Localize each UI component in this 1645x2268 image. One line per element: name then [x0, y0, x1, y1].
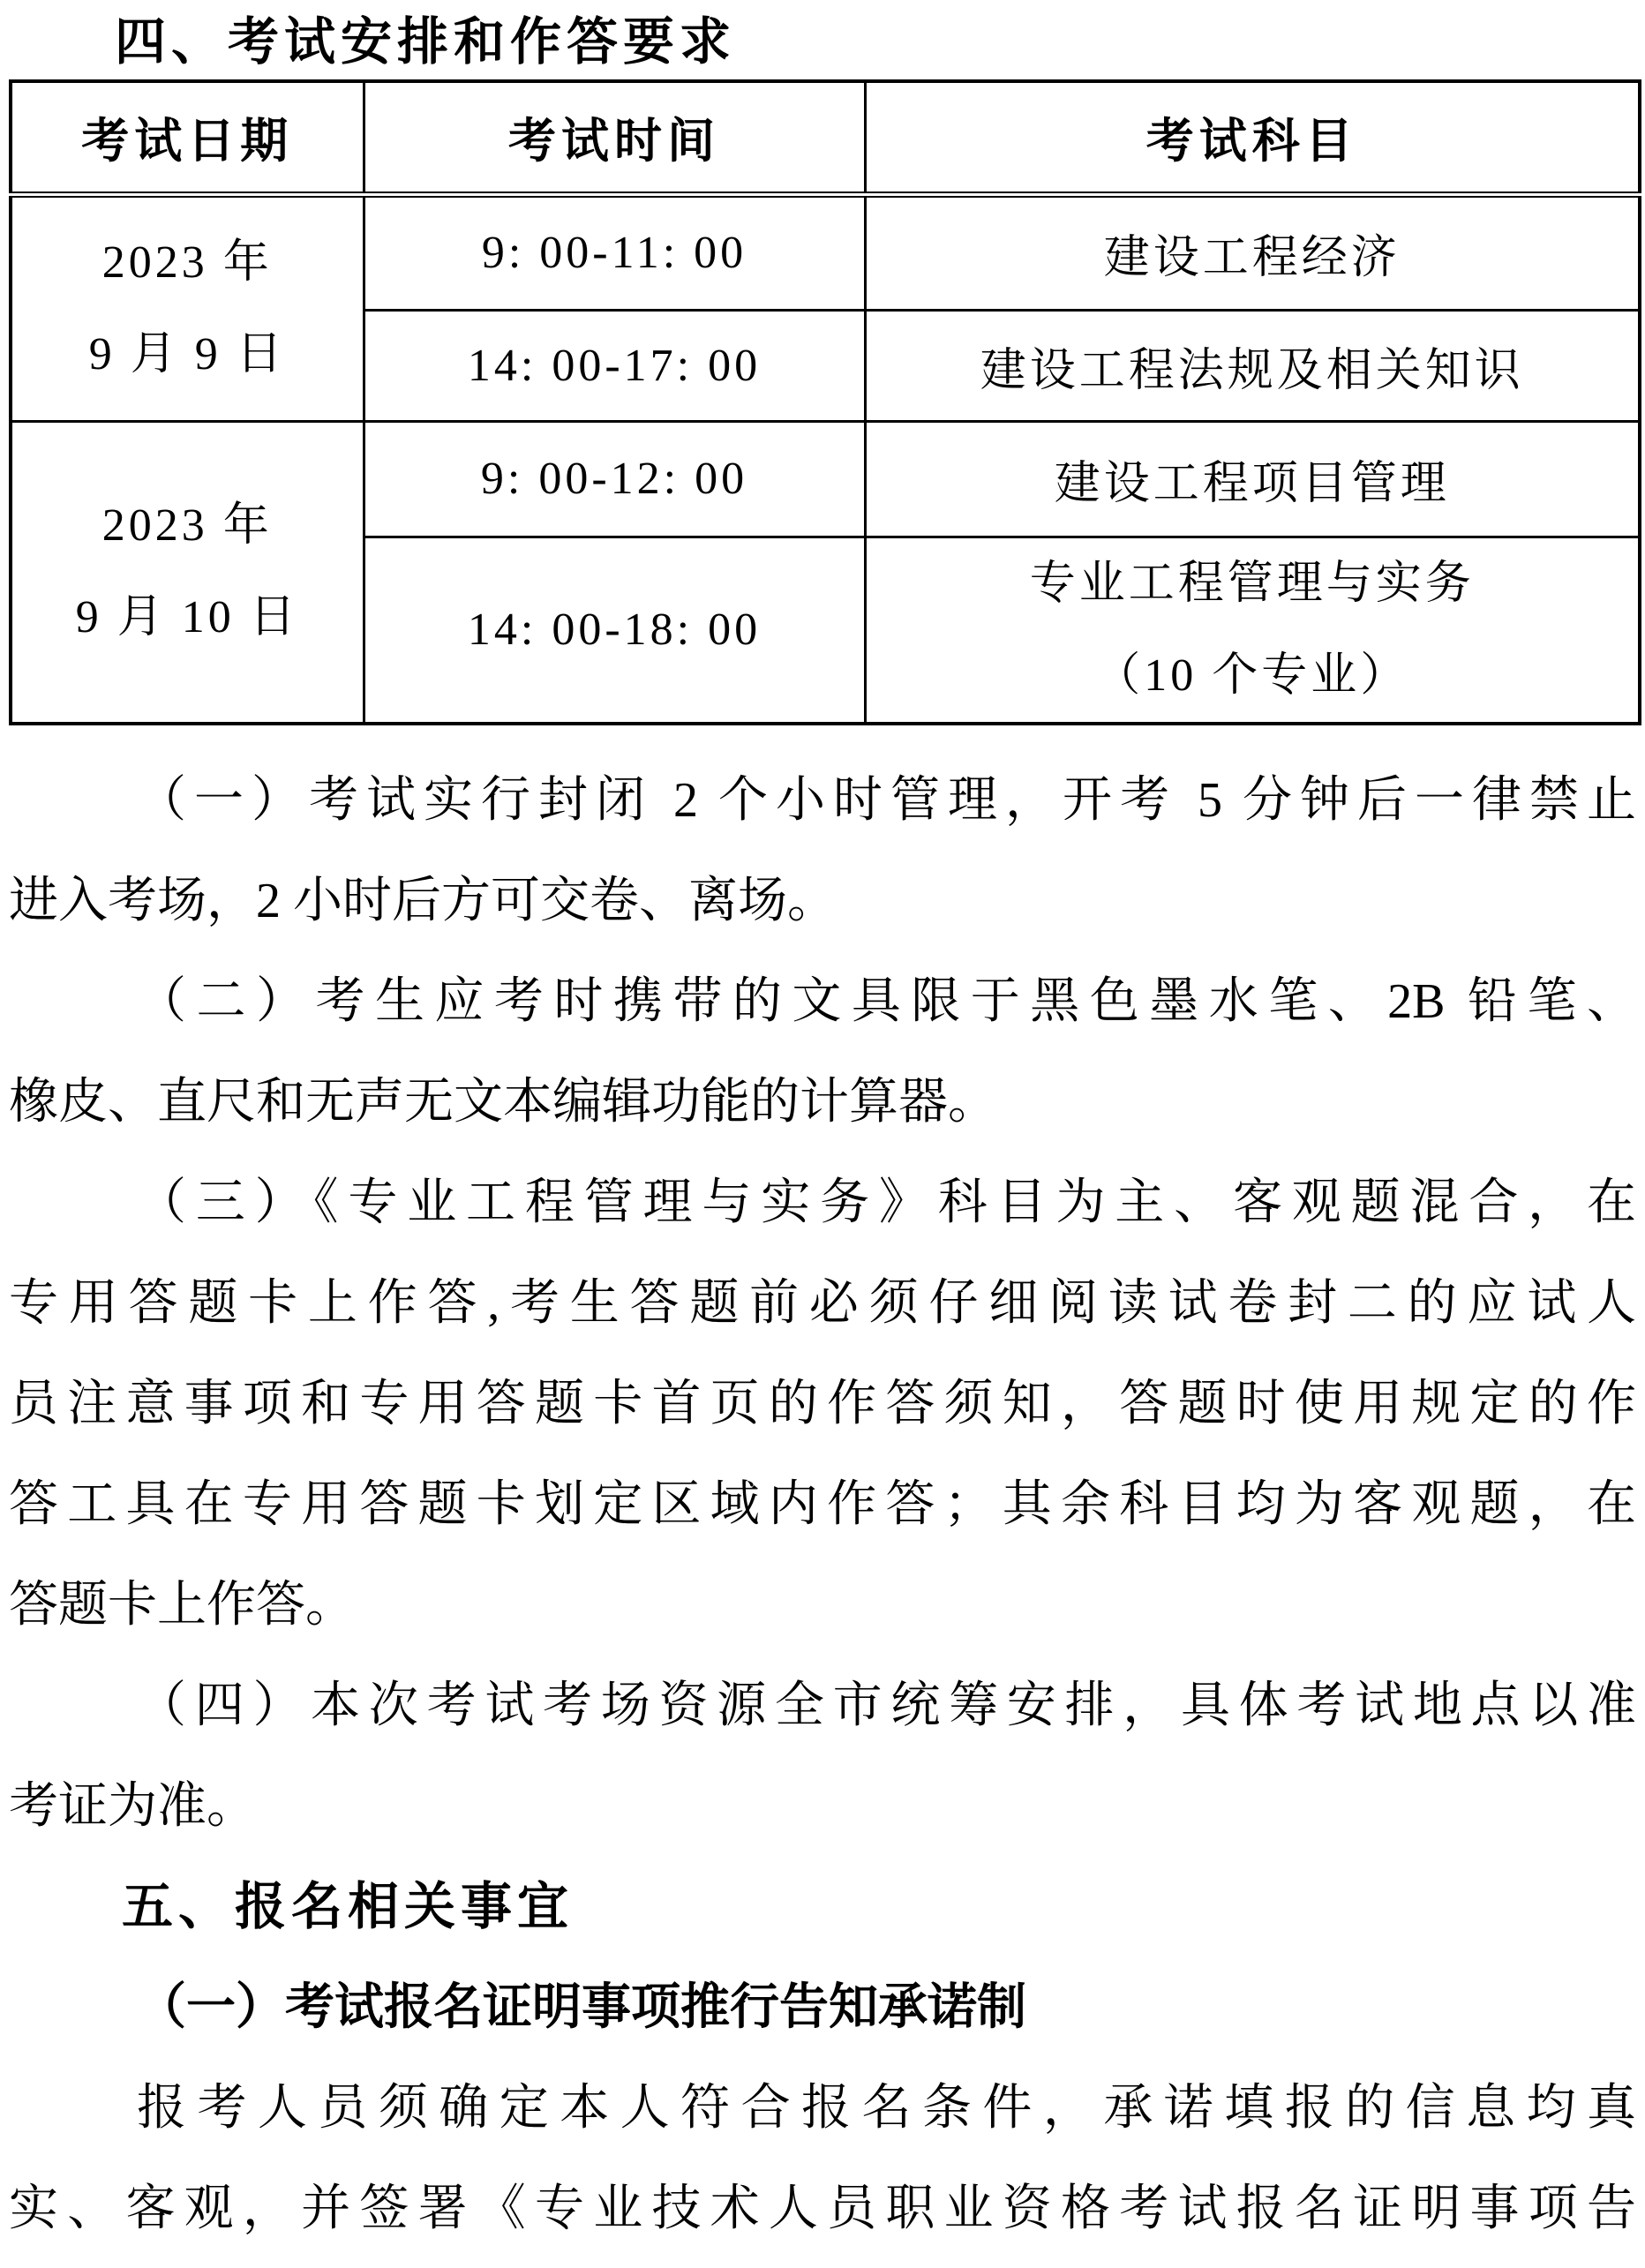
time-cell: 9: 00-12: 00	[364, 421, 865, 537]
body-text: （一）考试实行封闭 2 个小时管理，开考 5 分钟后一律禁止 进入考场，2 小时…	[9, 750, 1636, 2259]
body-line: （二）考生应考时携带的文具限于黑色墨水笔、2B 铅笔、	[9, 951, 1636, 1052]
table-row: 2023 年 9 月 10 日 9: 00-12: 00 建设工程项目管理	[11, 421, 1640, 537]
time-cell: 14: 00-18: 00	[364, 537, 865, 724]
body-line: 答题卡上作答。	[9, 1555, 1636, 1656]
header-exam-time: 考试时间	[364, 81, 865, 194]
time-cell: 14: 00-17: 00	[364, 310, 865, 421]
date-line: 9 月 10 日	[12, 572, 363, 664]
date-line: 9 月 9 日	[12, 309, 363, 401]
document-page: 四、考试安排和作答要求 考试日期 考试时间 考试科目 2023 年 9 月 9 …	[0, 0, 1645, 2268]
exam-schedule-table: 考试日期 考试时间 考试科目 2023 年 9 月 9 日 9: 00-11: …	[9, 79, 1641, 725]
section5-title: 五、报名相关事宜	[9, 1857, 1636, 1957]
header-exam-date: 考试日期	[11, 81, 364, 194]
section4-title: 四、考试安排和作答要求	[0, 0, 1645, 74]
section5-sub1-title: （一）考试报名证明事项推行告知承诺制	[9, 1957, 1636, 2058]
table-row: 2023 年 9 月 9 日 9: 00-11: 00 建设工程经济	[11, 194, 1640, 310]
body-line: （一）考试实行封闭 2 个小时管理，开考 5 分钟后一律禁止	[9, 750, 1636, 851]
body-line: （三）《专业工程管理与实务》科目为主、客观题混合，在	[9, 1153, 1636, 1253]
header-exam-subject: 考试科目	[865, 81, 1640, 194]
table-header-row: 考试日期 考试时间 考试科目	[11, 81, 1640, 194]
body-line: （四）本次考试考场资源全市统筹安排，具体考试地点以准	[9, 1656, 1636, 1756]
subject-line: （10 个专业）	[867, 630, 1639, 722]
body-line: 报考人员须确定本人符合报名条件，承诺填报的信息均真	[9, 2058, 1636, 2159]
subject-line: 专业工程管理与实务	[867, 538, 1639, 630]
subject-cell: 建设工程项目管理	[865, 421, 1640, 537]
date-cell-sep9: 2023 年 9 月 9 日	[11, 194, 364, 421]
date-line: 2023 年	[12, 480, 363, 572]
date-line: 2023 年	[12, 217, 363, 309]
subject-cell: 专业工程管理与实务 （10 个专业）	[865, 537, 1640, 724]
body-line: 答工具在专用答题卡划定区域内作答；其余科目均为客观题，在	[9, 1454, 1636, 1555]
body-line: 实、客观，并签署《专业技术人员职业资格考试报名证明事项告	[9, 2159, 1636, 2259]
body-line: 进入考场，2 小时后方可交卷、离场。	[9, 851, 1636, 951]
body-line: 员注意事项和专用答题卡首页的作答须知，答题时使用规定的作	[9, 1354, 1636, 1454]
body-line: 专用答题卡上作答,考生答题前必须仔细阅读试卷封二的应试人	[9, 1253, 1636, 1354]
date-cell-sep10: 2023 年 9 月 10 日	[11, 421, 364, 724]
body-line: 考证为准。	[9, 1756, 1636, 1857]
subject-cell: 建设工程经济	[865, 194, 1640, 310]
time-cell: 9: 00-11: 00	[364, 194, 865, 310]
body-line: 橡皮、直尺和无声无文本编辑功能的计算器。	[9, 1052, 1636, 1153]
subject-cell: 建设工程法规及相关知识	[865, 310, 1640, 421]
